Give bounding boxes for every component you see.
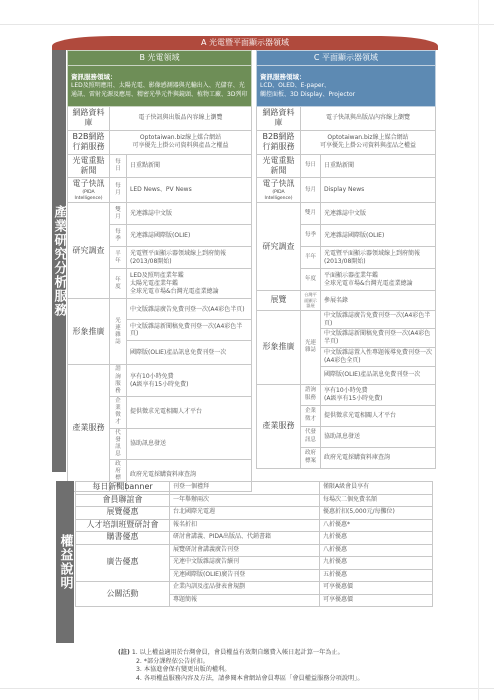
- research-side-label: 產業研究分析服務: [52, 50, 66, 472]
- membership-benefits-page: A 光電暨平面顯示器領域 產業研究分析服務 B 光電領域 資訊服務領域：LED及…: [0, 0, 494, 700]
- benefits-side-label: 權益說明: [56, 481, 74, 643]
- enews-label: 電子快訊(PIDA Intelligence): [68, 178, 110, 203]
- b2b-value: Optotaiwan.biz線上媒合網站可享優先上掛公司資料與產品之權益: [110, 130, 252, 154]
- page-rule: [0, 24, 494, 25]
- domain-c-table: C 平面顯示器領域 資訊服務領域：LCD、OLED、E-paper、觸控面板、3…: [256, 50, 436, 469]
- footnotes: (註) 1. 以上權益適用於台灣會員，會員權益有效期自繳費入帳日起計算一年為止。…: [118, 649, 364, 683]
- domain-b-scope: 資訊服務領域：LED及照明應用、太陽光電、影像感測器與光輸出入、光儲存、光通訊、…: [68, 66, 252, 107]
- domain-c-title: C 平面顯示器領域: [257, 51, 436, 66]
- benefit-row: 會員聯誼會一年舉辦兩次每場次二個免費名額: [76, 494, 433, 507]
- domain-a-banner: A 光電暨平面顯示器領域: [52, 36, 438, 50]
- benefit-row: 公關活動企業內訓及產品發表會規劃可享優惠價: [76, 582, 433, 595]
- benefit-row: 購書優惠研討會講義、PIDA出版品、代銷書籍九折優惠: [76, 532, 433, 545]
- page-rule: [478, 0, 479, 700]
- benefit-row: 每日新聞banner刊登一個禮拜僅限A級會員享有: [76, 482, 433, 495]
- benefit-row: 展覽優惠台北國際光電週優惠折扣(5,000元/每攤位): [76, 507, 433, 520]
- benefits-table: 每日新聞banner刊登一個禮拜僅限A級會員享有 會員聯誼會一年舉辦兩次每場次二…: [75, 481, 433, 607]
- domain-b-title: B 光電領域: [68, 51, 252, 66]
- domain-c-scope: 資訊服務領域：LCD、OLED、E-paper、觸控面板、3D Display、…: [257, 66, 436, 107]
- online-db-label: 網路資料庫: [68, 107, 110, 131]
- benefit-row: 廣告優惠展覽研討會講義廣告刊登八折優惠: [76, 544, 433, 557]
- page-rule: [0, 688, 494, 689]
- domain-b-table: B 光電領域 資訊服務領域：LED及照明應用、太陽光電、影像感測器與光輸出入、光…: [67, 50, 252, 492]
- benefit-row: 人才培訓班暨研討會報名折扣八折優惠*: [76, 519, 433, 532]
